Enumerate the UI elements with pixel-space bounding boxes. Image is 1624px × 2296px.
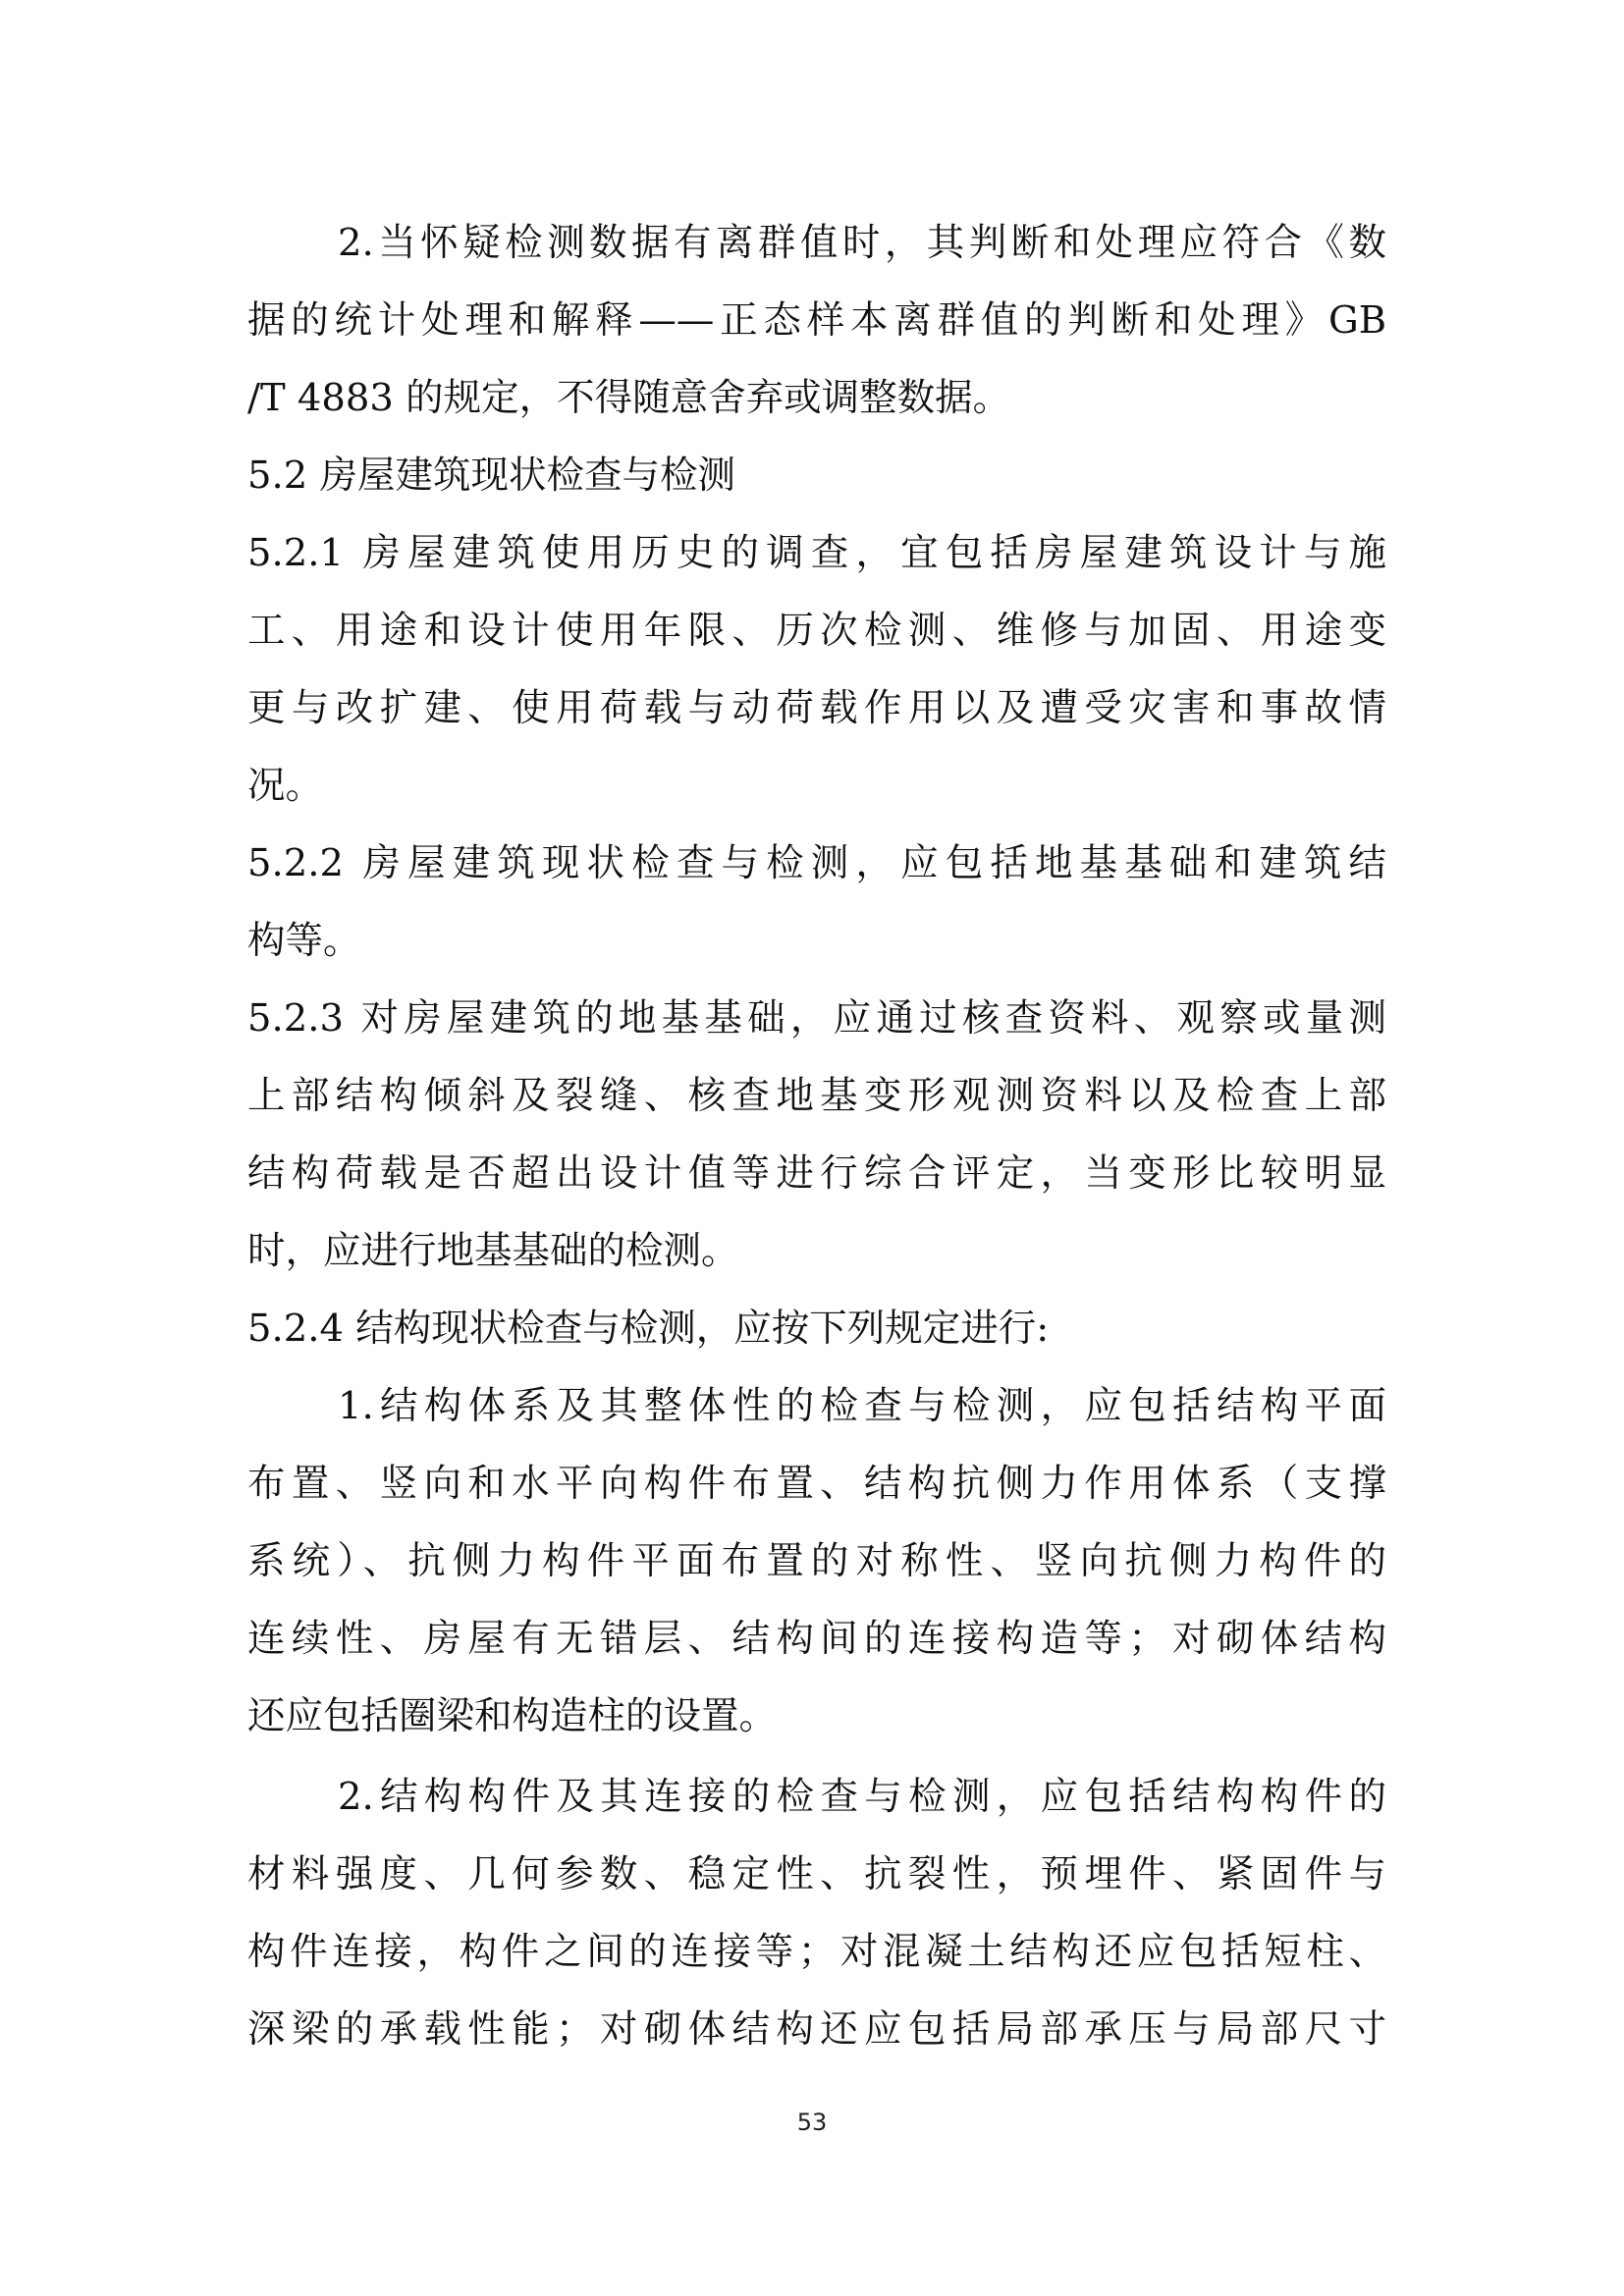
paragraph-line: 深梁的承载性能；对砌体结构还应包括局部承压与局部尺寸 [247,2001,1386,2059]
clause-line: 5.2.3 对房屋建筑的地基基础，应通过核查资料、观察或量测 [247,989,1386,1048]
list-item-line: 2.结构构件及其连接的检查与检测，应包括结构构件的 [338,1768,1386,1827]
paragraph-line: 2.当怀疑检测数据有离群值时，其判断和处理应符合《数 [338,214,1386,273]
paragraph-line: 时，应进行地基基础的检测。 [247,1222,739,1281]
paragraph-line: 构件连接，构件之间的连接等；对混凝土结构还应包括短柱、 [247,1923,1386,1982]
paragraph-line: 据的统计处理和解释——正态样本离群值的判断和处理》GB [247,292,1386,350]
paragraph-line: 系统）、抗侧力构件平面布置的对称性、竖向抗侧力构件的 [247,1532,1386,1591]
paragraph-line: 更与改扩建、使用荷载与动荷载作用以及遭受灾害和事故情 [247,679,1386,738]
paragraph-line: 况。 [247,757,323,816]
clause-line: 5.2.2 房屋建筑现状检查与检测，应包括地基基础和建筑结 [247,834,1386,893]
page-number: 53 [0,2109,1624,2136]
paragraph-line: 连续性、房屋有无错层、结构间的连接构造等；对砌体结构 [247,1610,1386,1669]
paragraph-line: /T 4883 的规定，不得随意舍弃或调整数据。 [247,369,1010,428]
paragraph-line: 布置、竖向和水平向构件布置、结构抗侧力作用体系（支撑 [247,1455,1386,1514]
paragraph-line: 结构荷载是否超出设计值等进行综合评定，当变形比较明显 [247,1145,1386,1203]
paragraph-line: 材料强度、几何参数、稳定性、抗裂性，预埋件、紧固件与 [247,1845,1386,1904]
paragraph-line: 还应包括圈梁和构造柱的设置。 [247,1687,777,1746]
paragraph-line: 构等。 [247,912,361,971]
clause-line: 5.2.4 结构现状检查与检测，应按下列规定进行: [247,1300,1049,1359]
clause-line: 5.2.1 房屋建筑使用历史的调查，宜包括房屋建筑设计与施 [247,524,1386,583]
paragraph-line: 工、用途和设计使用年限、历次检测、维修与加固、用途变 [247,602,1386,661]
list-item-line: 1.结构体系及其整体性的检查与检测，应包括结构平面 [338,1377,1386,1436]
section-heading: 5.2 房屋建筑现状检查与检测 [247,447,735,506]
paragraph-line: 上部结构倾斜及裂缝、核查地基变形观测资料以及检查上部 [247,1067,1386,1126]
